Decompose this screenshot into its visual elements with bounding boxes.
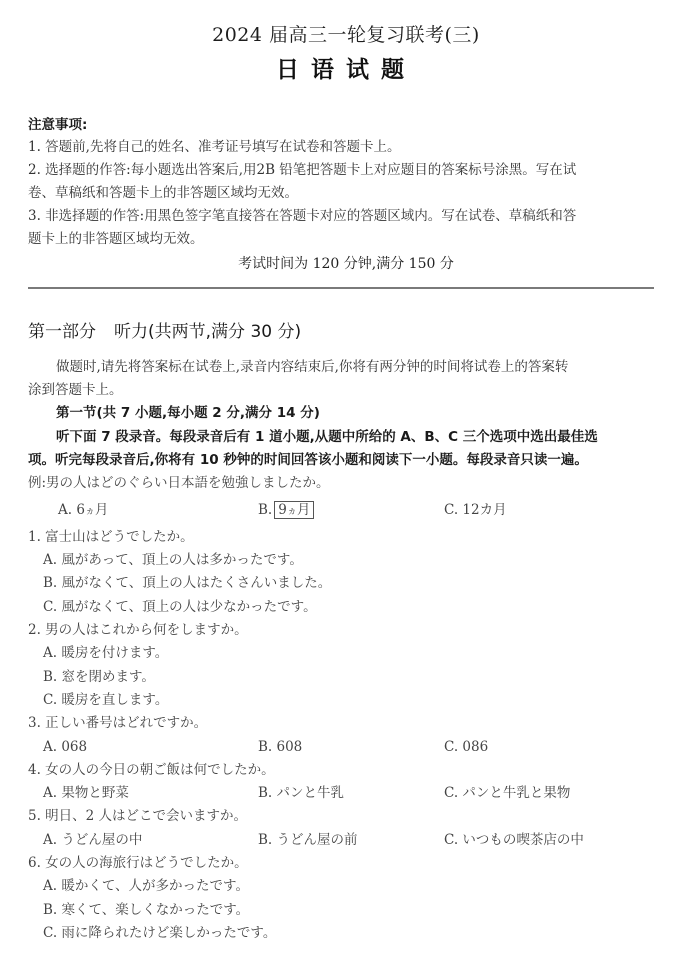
question-option: B. うどん屋の前 bbox=[258, 830, 358, 850]
question-option: B. 608 bbox=[258, 737, 302, 757]
example-option-a: A. 6ヵ月 bbox=[58, 500, 108, 522]
section1-instruction-line: 听下面 7 段录音。每段录音后有 1 道小题,从题中所给的 A、B、C 三个选项… bbox=[56, 427, 598, 447]
part1-label: 第一部分 bbox=[28, 322, 96, 342]
question-option: B. 風がなくて、頂上の人はたくさんいました。 bbox=[43, 573, 331, 593]
part1-title: 听力(共两节,满分 30 分) bbox=[114, 322, 301, 342]
question-option: A. 風があって、頂上の人は多かったです。 bbox=[43, 550, 303, 570]
exam-time-info: 考试时间为 120 分钟,满分 150 分 bbox=[0, 254, 692, 274]
notes-line: 3. 非选择题的作答:用黑色签字笔直接答在答题卡对应的答题区域内。写在试卷、草稿… bbox=[28, 206, 576, 226]
question-option: A. 果物と野菜 bbox=[43, 783, 129, 803]
question-option: C. パンと牛乳と果物 bbox=[444, 783, 570, 803]
notes-heading: 注意事项: bbox=[28, 115, 87, 135]
horizontal-divider bbox=[28, 287, 654, 289]
question-option: B. パンと牛乳 bbox=[258, 783, 344, 803]
example-question: 例:男の人はどのぐらい日本語を勉強しましたか。 bbox=[28, 473, 330, 493]
question-stem: 1. 富士山はどうでしたか。 bbox=[28, 527, 194, 547]
question-option: C. 086 bbox=[444, 737, 488, 757]
question-option: B. 窓を閉めます。 bbox=[43, 667, 155, 687]
exam-page: 2024 届高三一轮复习联考(三) 日语试题 注意事项: 1. 答题前,先将自己… bbox=[0, 0, 692, 958]
question-option: C. いつもの喫茶店の中 bbox=[444, 830, 584, 850]
question-option: C. 風がなくて、頂上の人は少なかったです。 bbox=[43, 597, 317, 617]
question-option: A. 暖房を付けます。 bbox=[43, 643, 168, 663]
example-answer-box: 9ヵ月 bbox=[274, 501, 314, 519]
question-option: A. 068 bbox=[43, 737, 87, 757]
section1-heading: 第一节(共 7 小题,每小题 2 分,满分 14 分) bbox=[56, 403, 320, 423]
question-stem: 4. 女の人の今日の朝ご飯は何でしたか。 bbox=[28, 760, 275, 780]
example-option-b: B.9ヵ月 bbox=[258, 500, 314, 522]
question-stem: 6. 女の人の海旅行はどうでしたか。 bbox=[28, 853, 248, 873]
question-option: A. うどん屋の中 bbox=[43, 830, 142, 850]
part1-intro-line: 做题时,请先将答案标在试卷上,录音内容结束后,你将有两分钟的时间将试卷上的答案转 bbox=[56, 357, 568, 377]
notes-line: 1. 答题前,先将自己的姓名、准考证号填写在试卷和答题卡上。 bbox=[28, 137, 400, 157]
question-stem: 2. 男の人はこれから何をしますか。 bbox=[28, 620, 248, 640]
question-stem: 3. 正しい番号はどれですか。 bbox=[28, 713, 207, 733]
part1-intro-line: 涂到答题卡上。 bbox=[28, 380, 123, 400]
notes-line: 题卡上的非答题区域均无效。 bbox=[28, 229, 204, 249]
section1-instruction-line: 项。听完每段录音后,你将有 10 秒钟的时间回答该小题和阅读下一小题。每段录音只… bbox=[28, 450, 588, 470]
exam-subject-title: 日语试题 bbox=[0, 54, 692, 86]
question-option: B. 寒くて、楽しくなかったです。 bbox=[43, 900, 249, 920]
question-stem: 5. 明日、2 人はどこで会いますか。 bbox=[28, 806, 247, 826]
question-option: A. 暖かくて、人が多かったです。 bbox=[43, 876, 249, 896]
question-option: C. 暖房を直します。 bbox=[43, 690, 168, 710]
question-option: C. 雨に降られたけど楽しかったです。 bbox=[43, 923, 276, 943]
part1-heading: 第一部分听力(共两节,满分 30 分) bbox=[28, 320, 301, 344]
notes-line: 卷、草稿纸和答题卡上的非答题区域均无效。 bbox=[28, 183, 298, 203]
exam-series-title: 2024 届高三一轮复习联考(三) bbox=[0, 22, 692, 48]
notes-line: 2. 选择题的作答:每小题选出答案后,用2B 铅笔把答题卡上对应题目的答案标号涂… bbox=[28, 160, 576, 180]
example-option-c: C. 12カ月 bbox=[444, 500, 507, 520]
